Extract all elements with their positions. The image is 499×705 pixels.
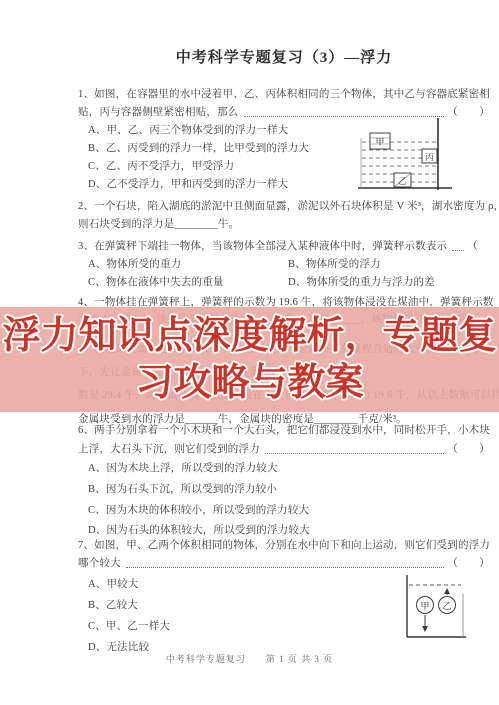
q1-stem-text: 贴，丙与容器侧壁紧密相贴，那么: [78, 106, 239, 119]
watermark-band: 浮力知识点深度解析，专题复 习攻略与教案: [0, 307, 499, 412]
q2-line-1: 2、一个石块，陷入湖底的淤泥中且侧面显露，淤泥以外石块体积是 V 米³，湖水密度…: [78, 200, 490, 213]
yi-up-arrowhead: [444, 588, 450, 594]
q6-dot-leader: [265, 453, 444, 454]
watermark-line-2: 习攻略与教案: [135, 360, 363, 407]
q7-figure: 甲 乙: [400, 572, 472, 649]
q6-option-b: B、因为石头下沉，所以受到的浮力较小: [88, 483, 490, 496]
q3-option-a: A、物体所受的重力: [88, 258, 181, 271]
q6-line-2: 上浮，大石头下沉，则它们受到的浮力 （ ）: [78, 443, 490, 456]
page-footer: 中考科学专题复习 第 1 页 共 3 页: [0, 652, 499, 665]
q6-stem-text: 上浮，大石头下沉，则它们受到的浮力: [78, 443, 260, 456]
object-jia-label: 甲: [420, 601, 429, 611]
object-yi-label: 乙: [398, 176, 407, 186]
q1-figure: 甲 丙 乙: [356, 118, 460, 203]
q7-line-1: 7、如图，甲、乙两个体积相同的物体，分别在水中向下和向上运动，则它们受到的浮力: [78, 539, 490, 552]
q7-figure-drawing: 甲 乙: [400, 572, 472, 644]
page-title: 中考科学专题复习（3）—浮力: [78, 46, 490, 67]
q7-stem-text: 哪个较大: [78, 557, 121, 570]
q3-dot-leader: [452, 250, 464, 251]
q3-answer-bracket: （ ）: [467, 240, 499, 253]
q7-line-2: 哪个较大 （ ）: [78, 557, 490, 570]
q1-stem-line-1: 1、如图，在容器里的水中浸着甲、乙、丙体积相同的三个物体，其中乙与容器底紧密相: [78, 88, 490, 101]
q7-dot-leader: [126, 567, 444, 568]
jia-down-arrowhead: [422, 626, 428, 632]
q3-option-c: C、物体在液体中失去的重量: [88, 276, 224, 289]
q1-dot-leader: [244, 116, 445, 117]
q3-stem: 3、在弹簧秤下端挂一物体，当该物体全部浸入某种液体中时，弹簧秤示数表示 （ ）: [78, 240, 490, 253]
q6-line-1: 6、两手分别拿着一个小木块和一个大石头，把它们都浸没到水中，同时松开手，小木块: [78, 424, 490, 437]
q6-answer-bracket: （ ）: [447, 443, 490, 456]
q3-option-d: D、物体所受的重力与浮力的差: [288, 276, 435, 289]
q2-line-2: 则石块受到的浮力是________牛。: [78, 218, 490, 231]
object-yi-label: 乙: [442, 601, 451, 611]
object-jia-label: 甲: [375, 137, 384, 147]
exam-page: 中考科学专题复习（3）—浮力 1、如图，在容器里的水中浸着甲、乙、丙体积相同的三…: [0, 0, 499, 705]
object-bing-label: 丙: [425, 152, 434, 162]
q6-option-c: C、因为木块的体积较小，所以受到的浮力较大: [88, 504, 490, 517]
q1-figure-drawing: 甲 丙 乙: [356, 118, 460, 198]
q6-option-d: D、因为石头的体积较大，所以受到的浮力较大: [88, 524, 490, 537]
q7-answer-bracket: （ ）: [447, 557, 490, 570]
q3-stem-text: 3、在弹簧秤下端挂一物体，当该物体全部浸入某种液体中时，弹簧秤示数表示: [78, 240, 447, 253]
q3-option-b: B、物体所受的浮力: [288, 258, 381, 271]
watermark-line-1: 浮力知识点深度解析，专题复: [2, 313, 496, 360]
q6-option-a: A、因为木块上浮，所以受到的浮力较大: [88, 462, 490, 475]
